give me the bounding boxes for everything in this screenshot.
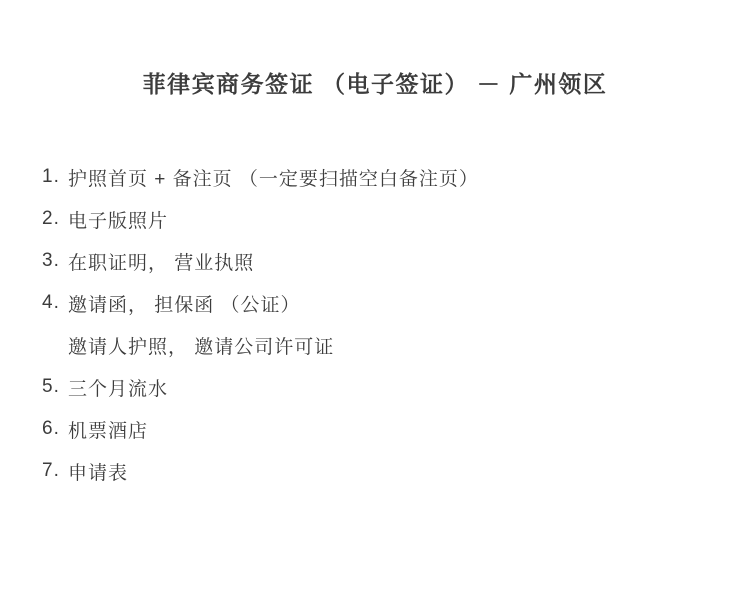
list-item: 3. 在职证明， 营业执照: [42, 240, 720, 282]
item-number: 5.: [42, 376, 68, 398]
list-item: 4. 邀请函， 担保函 （公证）: [42, 282, 720, 324]
item-text: 邀请函， 担保函 （公证）: [68, 290, 301, 317]
item-text: 电子版照片: [68, 206, 168, 233]
item-number: 7.: [42, 460, 68, 482]
item-text: 在职证明， 营业执照: [68, 248, 254, 275]
item-text: 护照首页 + 备注页 （一定要扫描空白备注页）: [68, 164, 479, 191]
page-title: 菲律宾商务签证 （电子签证） － 广州领区: [0, 0, 750, 99]
item-number: 2.: [42, 208, 68, 230]
list-item: 6. 机票酒店: [42, 408, 720, 450]
item-text: 邀请人护照， 邀请公司许可证: [68, 332, 334, 359]
document-page: 菲律宾商务签证 （电子签证） － 广州领区 1. 护照首页 + 备注页 （一定要…: [0, 0, 750, 591]
list-item: 5. 三个月流水: [42, 366, 720, 408]
list-item-continuation: 邀请人护照， 邀请公司许可证: [42, 324, 720, 366]
item-number: 4.: [42, 292, 68, 314]
list-item: 2. 电子版照片: [42, 198, 720, 240]
item-number: 6.: [42, 418, 68, 440]
list-item: 1. 护照首页 + 备注页 （一定要扫描空白备注页）: [42, 156, 720, 198]
item-number: 1.: [42, 166, 68, 188]
item-text: 三个月流水: [68, 374, 168, 401]
requirements-list: 1. 护照首页 + 备注页 （一定要扫描空白备注页） 2. 电子版照片 3. 在…: [42, 156, 720, 492]
item-text: 机票酒店: [68, 416, 148, 443]
item-text: 申请表: [68, 458, 128, 485]
item-number: 3.: [42, 250, 68, 272]
list-item: 7. 申请表: [42, 450, 720, 492]
